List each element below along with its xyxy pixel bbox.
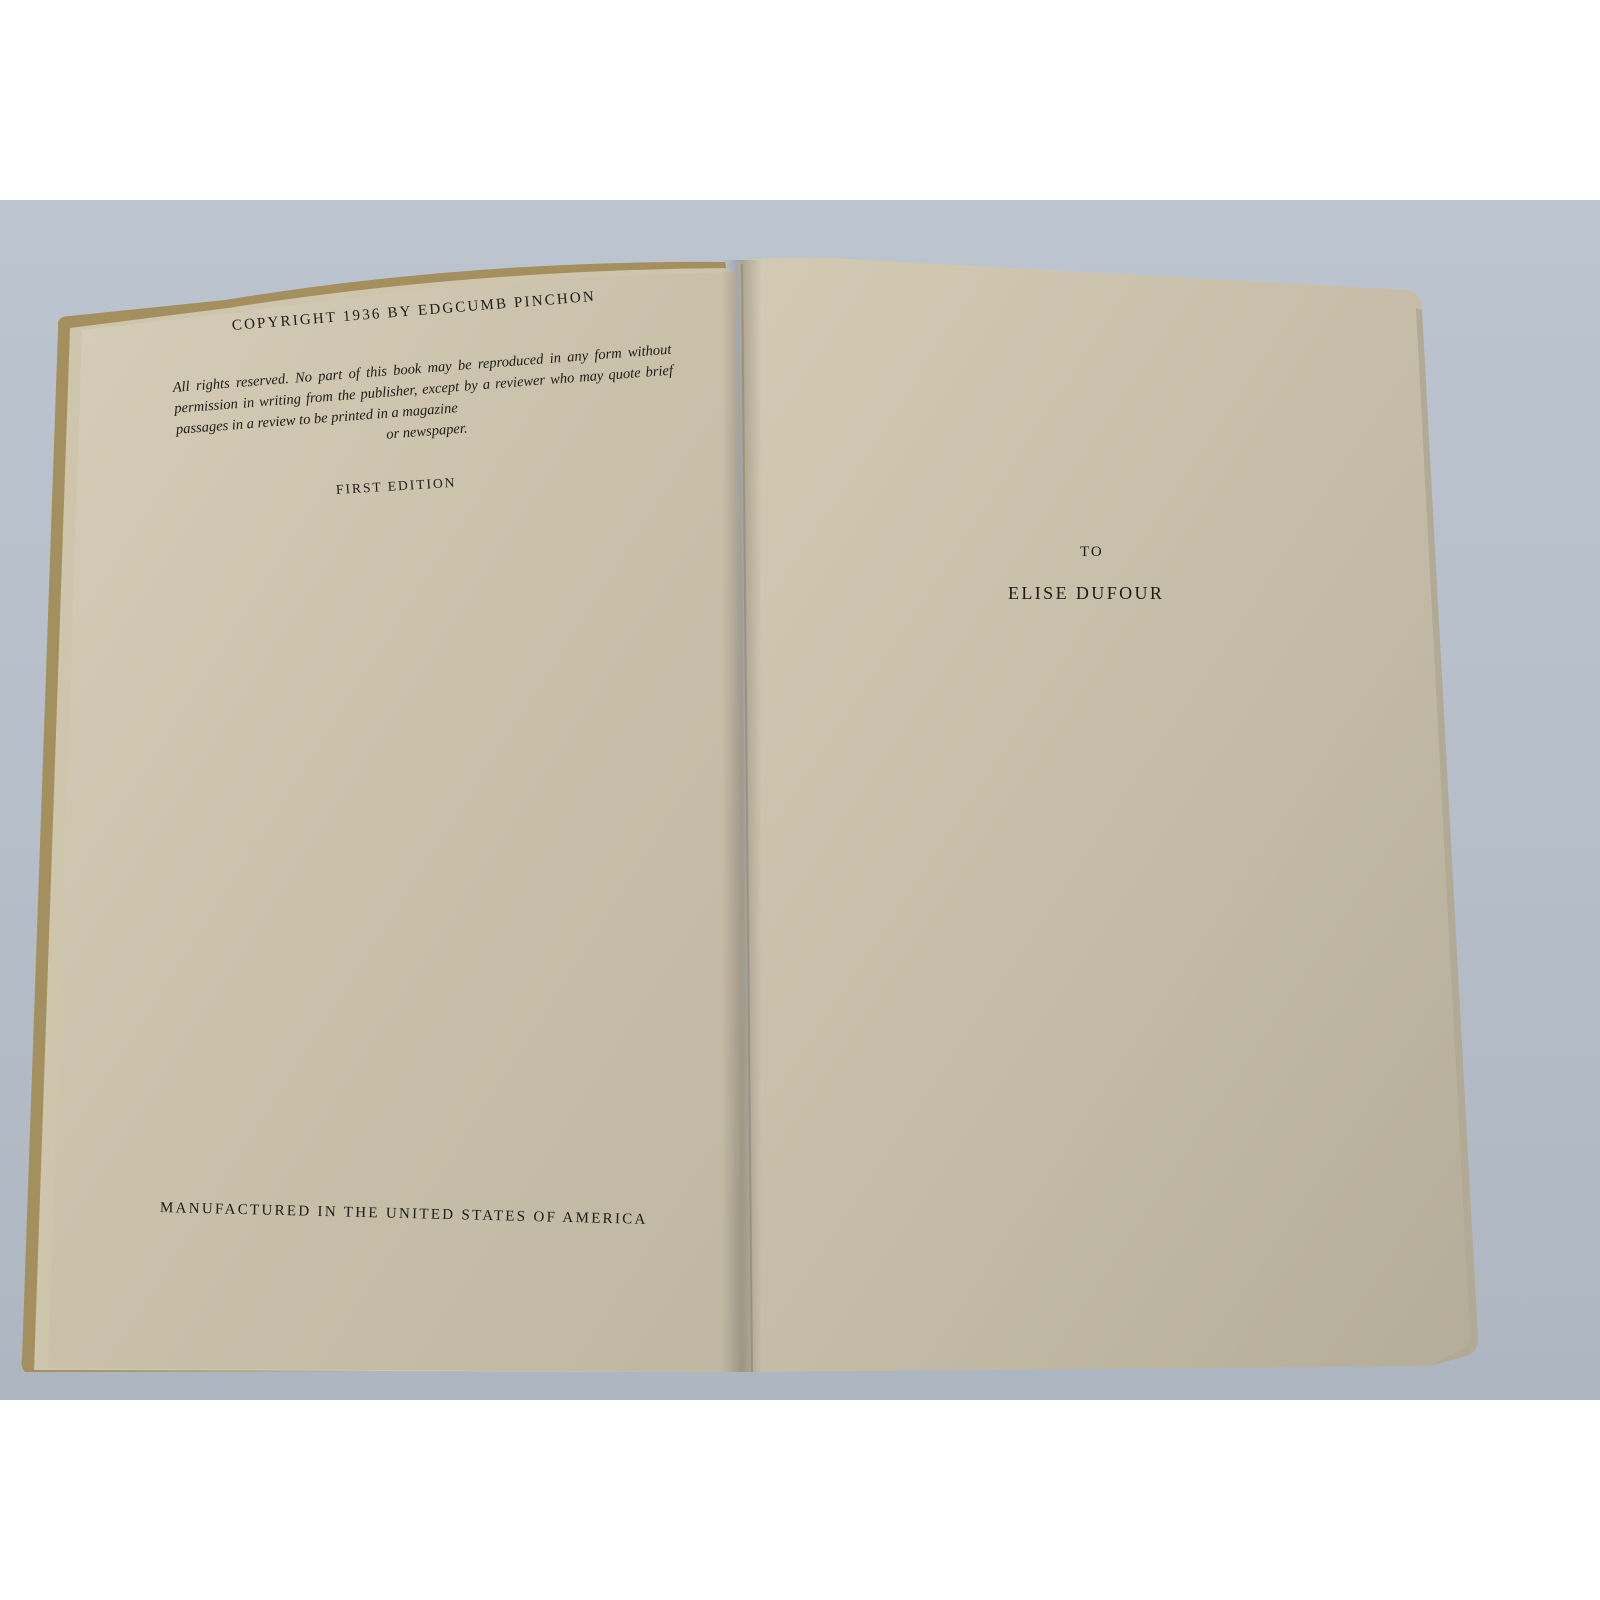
- book-photo: COPYRIGHT 1936 BY EDGCUMB PINCHON All ri…: [0, 200, 1600, 1400]
- right-page: [738, 258, 1478, 1373]
- dedication-to: TO: [1080, 544, 1104, 561]
- dedication-name: ELISE DUFOUR: [1008, 583, 1164, 604]
